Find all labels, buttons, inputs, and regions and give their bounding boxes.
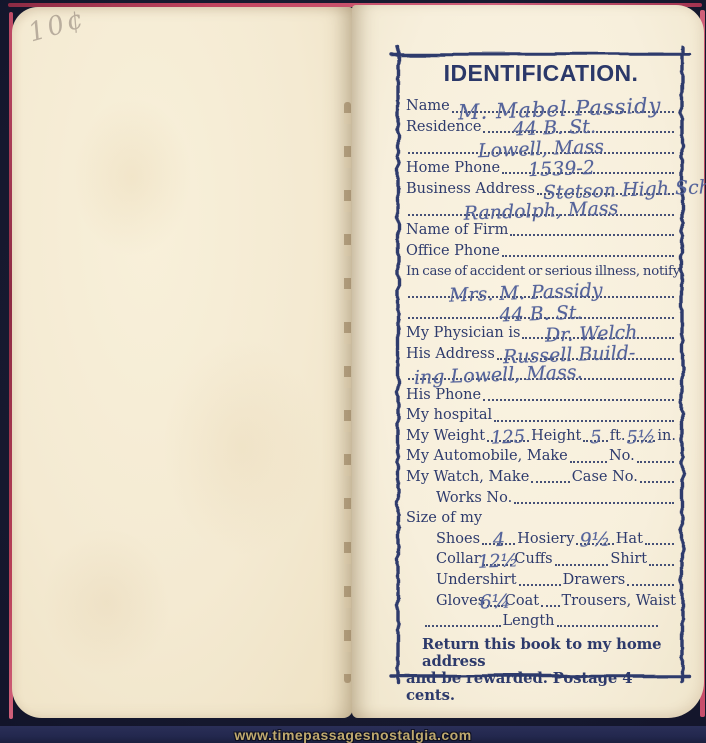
dotted-line	[500, 240, 676, 261]
dotted-line	[512, 487, 676, 508]
in-label: in.	[657, 429, 676, 446]
age-stain	[42, 527, 172, 677]
handwritten-height-ft: 5	[589, 429, 601, 448]
spine-stitching	[344, 102, 351, 683]
dotted-line	[508, 220, 676, 241]
cuffs-label: Cuffs	[514, 552, 552, 569]
dotted-line: 44 B. St.	[406, 302, 676, 323]
watch-case-label: Case No.	[572, 470, 638, 487]
handwritten-gloves: 6¼	[479, 592, 510, 613]
dotted-line: 9½	[574, 528, 615, 549]
works-no-label: Works No.	[436, 491, 512, 508]
handwritten-notify-address: 44 B. St.	[499, 303, 583, 326]
field-row-name-of-firm: Name of Firm	[406, 220, 676, 241]
dotted-line: M. Mabel Passidy	[450, 96, 676, 117]
field-row-business-address-2: Randolph, Mass	[406, 199, 676, 220]
handwritten-height-in: 5½	[627, 429, 657, 449]
dotted-line	[647, 549, 676, 570]
field-row-physician-address-2: ing Lowell, Mass.	[406, 364, 676, 385]
dotted-line	[568, 446, 609, 467]
field-row-name: Name M. Mabel Passidy	[406, 96, 676, 117]
notify-heading-row: In case of accident or serious illness, …	[406, 261, 676, 282]
field-row-watch: My Watch, Make Case No.	[406, 467, 676, 488]
identification-page: IDENTIFICATION. Name M. Mabel Passidy Re…	[352, 5, 704, 718]
hosiery-label: Hosiery	[517, 532, 574, 549]
height-label: Height	[531, 429, 581, 446]
name-label: Name	[406, 99, 450, 116]
field-row-works-no: Works No.	[406, 487, 676, 508]
left-blank-page: 10¢	[12, 7, 353, 718]
field-row-gloves: Gloves 6¼ Coat Trousers, Waist	[406, 590, 676, 611]
dotted-line	[638, 467, 676, 488]
trousers-waist-label: Trousers, Waist	[562, 594, 676, 611]
dotted-line: Randolph, Mass	[406, 199, 676, 220]
dotted-line: 6¼	[485, 590, 505, 611]
field-row-undershirt: Undershirt Drawers	[406, 570, 676, 591]
dotted-line: 125	[485, 426, 531, 447]
size-of-my-label: Size of my	[406, 511, 482, 528]
form-title: IDENTIFICATION.	[406, 60, 676, 87]
dotted-line	[555, 611, 660, 632]
office-phone-label: Office Phone	[406, 244, 500, 261]
shirt-label: Shirt	[610, 552, 647, 569]
gloves-label: Gloves	[436, 594, 485, 611]
notify-heading: In case of accident or serious illness, …	[406, 265, 680, 281]
dotted-line: Dr. Welch	[520, 323, 676, 344]
home-phone-label: Home Phone	[406, 161, 500, 178]
weight-label: My Weight	[406, 429, 485, 446]
handwritten-collar: 12½	[477, 552, 518, 572]
hospital-label: My hospital	[406, 408, 492, 425]
his-phone-label: His Phone	[406, 388, 481, 405]
watermark-url: www.timepassagesnostalgia.com	[234, 727, 471, 743]
watch-label: My Watch, Make	[406, 470, 529, 487]
undershirt-label: Undershirt	[436, 573, 517, 590]
field-row-length: Length	[406, 611, 676, 632]
photo-background: 10¢ IDENTIFICATION.	[0, 0, 706, 743]
field-row-weight-height: My Weight 125 Height 5 ft. 5½ in.	[406, 426, 676, 447]
return-notice: Return this book to my home address and …	[406, 636, 676, 704]
handwritten-weight: 125	[491, 429, 526, 449]
dotted-line	[539, 590, 561, 611]
dotted-line	[553, 549, 611, 570]
business-address-label: Business Address	[406, 182, 535, 199]
dotted-line: Russell Build-	[495, 343, 676, 364]
field-row-physician: My Physician is Dr. Welch	[406, 323, 676, 344]
dotted-line: Lowell, Mass	[406, 137, 676, 158]
age-stain	[162, 337, 322, 557]
watermark-bar: www.timepassagesnostalgia.com	[0, 726, 706, 743]
age-stain	[72, 97, 192, 257]
drawers-label: Drawers	[563, 573, 626, 590]
physician-label: My Physician is	[406, 326, 520, 343]
length-label: Length	[503, 614, 555, 631]
field-row-business-address: Business Address Stetson High Sch.	[406, 178, 676, 199]
identification-form: IDENTIFICATION. Name M. Mabel Passidy Re…	[389, 44, 691, 685]
physician-address-label: His Address	[406, 347, 495, 364]
name-of-firm-label: Name of Firm	[406, 223, 508, 240]
field-row-hospital: My hospital	[406, 405, 676, 426]
size-of-my-heading-row: Size of my	[406, 508, 676, 529]
dotted-line: 12½	[481, 549, 515, 570]
dotted-line	[517, 570, 563, 591]
dotted-line: ing Lowell, Mass.	[406, 364, 676, 385]
handwritten-shoes: 4	[492, 531, 505, 551]
collar-label: Collar	[436, 552, 481, 569]
field-row-physician-address: His Address Russell Build-	[406, 343, 676, 364]
dotted-line	[529, 467, 571, 488]
field-row-home-phone: Home Phone 1539-2	[406, 158, 676, 179]
handwritten-hosiery: 9½	[579, 531, 610, 552]
field-row-residence-2: Lowell, Mass	[406, 137, 676, 158]
dotted-line	[423, 611, 503, 632]
notify-line-2: 44 B. St.	[406, 302, 676, 323]
dotted-line: 5	[581, 426, 609, 447]
return-notice-line-2: and be rewarded. Postage 4 cents.	[406, 670, 676, 704]
dotted-line	[492, 405, 676, 426]
automobile-label: My Automobile, Make	[406, 449, 568, 466]
dotted-line: 4	[480, 528, 517, 549]
dotted-line: Mrs. M. Passidy	[406, 281, 676, 302]
dotted-line	[643, 528, 676, 549]
dotted-line: 5½	[626, 426, 658, 447]
handwritten-home-phone: 1539-2	[528, 159, 596, 181]
notify-line-1: Mrs. M. Passidy	[406, 281, 676, 302]
ft-label: ft.	[610, 429, 626, 446]
dotted-line	[635, 446, 676, 467]
field-row-automobile: My Automobile, Make No.	[406, 446, 676, 467]
dotted-line	[625, 570, 676, 591]
dotted-line: Stetson High Sch.	[535, 178, 676, 199]
field-row-collar: Collar 12½ Cuffs Shirt	[406, 549, 676, 570]
return-notice-line-1: Return this book to my home address	[406, 636, 676, 670]
hat-label: Hat	[616, 532, 643, 549]
field-row-office-phone: Office Phone	[406, 240, 676, 261]
form-content: IDENTIFICATION. Name M. Mabel Passidy Re…	[406, 57, 676, 674]
dotted-line: 1539-2	[500, 158, 676, 179]
field-row-residence: Residence 44 B. St.	[406, 117, 676, 138]
dotted-line	[481, 384, 676, 405]
field-row-shoes: Shoes 4 Hosiery 9½ Hat	[406, 528, 676, 549]
shoes-label: Shoes	[436, 532, 480, 549]
automobile-no-label: No.	[609, 449, 635, 466]
pencil-price-note: 10¢	[25, 3, 90, 48]
